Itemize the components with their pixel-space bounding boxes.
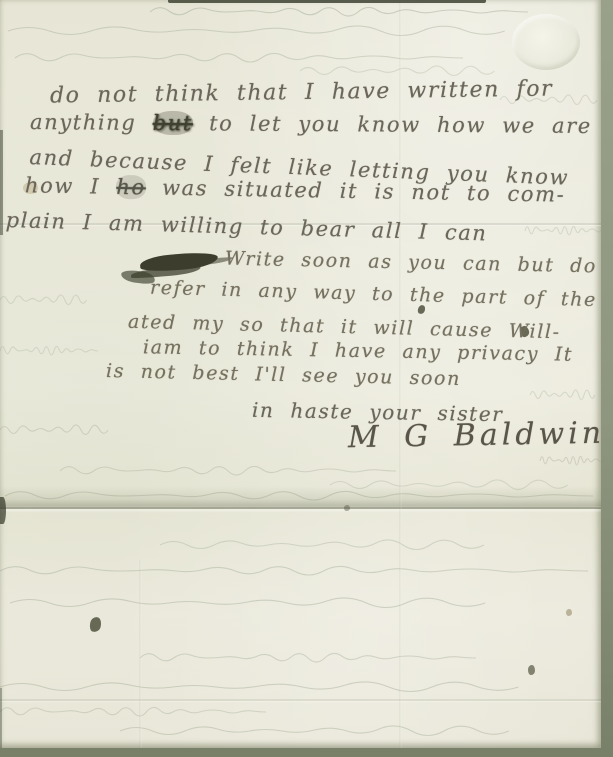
scan-edge-artifact: [0, 130, 3, 235]
scan-top-edge: [168, 0, 486, 3]
letter-line: anything but to let you know how we are: [30, 110, 592, 138]
fold-crease-main: [0, 507, 601, 509]
fold-crease-vertical-left: [139, 560, 142, 748]
crossed-out-word: ho: [116, 175, 146, 200]
scanner-bed: do not think that I have written for any…: [0, 0, 613, 757]
letter-line-text: to let you know how we are: [193, 111, 592, 138]
ink-speck: [344, 505, 350, 511]
letter-line-text: anything: [30, 110, 153, 135]
ink-speck: [528, 665, 535, 675]
stain-speck: [566, 609, 572, 616]
letter-page: do not think that I have written for any…: [0, 0, 601, 748]
embossed-seal: [512, 14, 580, 70]
crossed-out-word: but: [153, 111, 193, 135]
fold-crease-main-shadow: [0, 486, 601, 508]
scan-edge-artifact: [0, 497, 6, 524]
signature: M G Baldwin: [348, 416, 601, 455]
letter-line-text: how I: [25, 173, 117, 199]
fold-crease-lower: [0, 699, 601, 701]
scan-edge-artifact: [0, 688, 2, 748]
